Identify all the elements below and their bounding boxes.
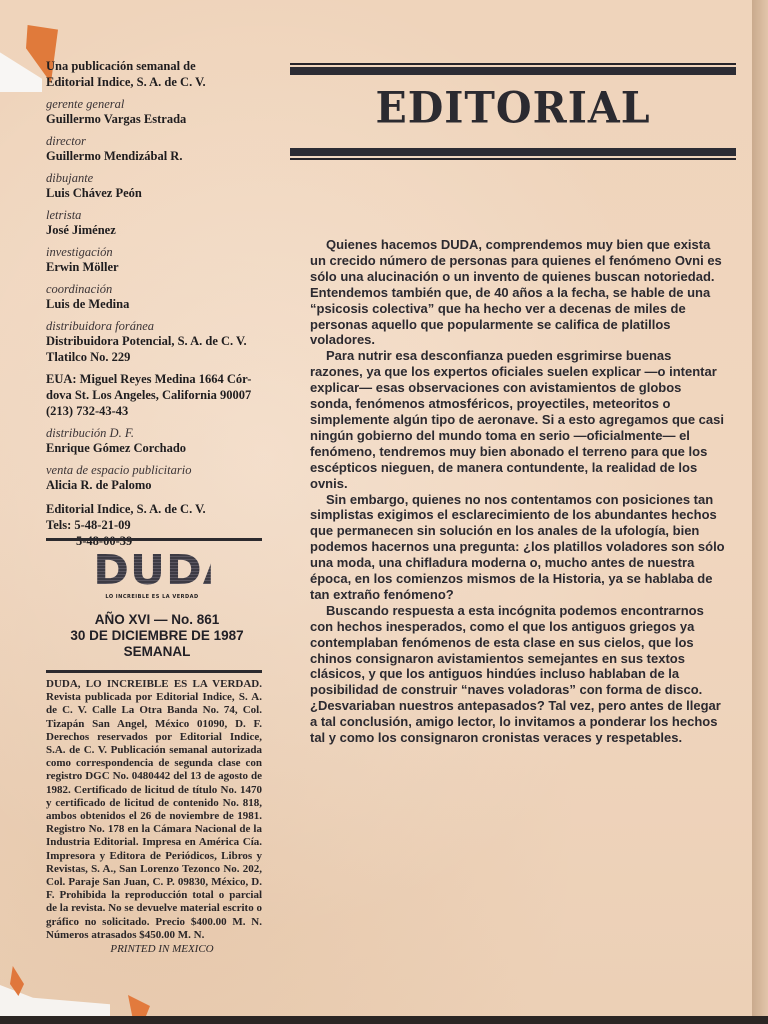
intro-line: Una publicación semanal de — [46, 58, 266, 74]
staff-entry: investigación Erwin Möller — [46, 244, 266, 275]
issue-volume: AÑO XVI — No. 861 — [46, 612, 268, 628]
staff-role: venta de espacio publicitario — [46, 462, 266, 477]
phones-label: Tels: — [46, 518, 71, 532]
page-edge — [752, 0, 768, 1024]
distributor-line: Tlatilco No. 229 — [46, 349, 266, 365]
usa-distributor: EUA: Miguel Reyes Medina 1664 Cór- dova … — [46, 371, 266, 419]
staff-name: Guillermo Mendizábal R. — [46, 148, 266, 164]
logo-tagline: LO INCREIBLE ES LA VERDAD — [80, 594, 224, 600]
foreign-distributor: distribuidora foránea Distribuidora Pote… — [46, 318, 266, 365]
divider-rule — [46, 538, 262, 541]
legal-text: DUDA, LO INCREIBLE ES LA VERDAD. Revista… — [46, 678, 262, 941]
usa-line: EUA: Miguel Reyes Medina 1664 Cór- — [46, 371, 266, 387]
staff-name: Guillermo Vargas Estrada — [46, 111, 266, 127]
staff-role: coordinación — [46, 281, 266, 296]
staff-name: Alicia R. de Palomo — [46, 477, 266, 493]
staff-role: dibujante — [46, 170, 266, 185]
contact-info: Editorial Indice, S. A. de C. V. Tels: 5… — [46, 501, 266, 549]
staff-role: director — [46, 133, 266, 148]
staff-role: letrista — [46, 207, 266, 222]
editorial-body: Quienes hacemos DUDA, comprendemos muy b… — [310, 237, 726, 746]
staff-entry: gerente general Guillermo Vargas Estrada — [46, 96, 266, 127]
paragraph: Sin embargo, quienes no nos contentamos … — [310, 492, 726, 603]
issue-date: 30 DE DICIEMBRE DE 1987 — [46, 628, 268, 644]
staff-entry: letrista José Jiménez — [46, 207, 266, 238]
staff-name: Erwin Möller — [46, 259, 266, 275]
divider-rule — [46, 670, 262, 673]
staff-role: investigación — [46, 244, 266, 259]
intro-line: Editorial Indice, S. A. de C. V. — [46, 74, 266, 90]
issue-frequency: SEMANAL — [46, 644, 268, 660]
staff-entry: dibujante Luis Chávez Peón — [46, 170, 266, 201]
legal-notice: DUDA, LO INCREIBLE ES LA VERDAD. Revista… — [46, 678, 262, 956]
staff-role: gerente general — [46, 96, 266, 111]
staff-entry: director Guillermo Mendizábal R. — [46, 133, 266, 164]
usa-line: (213) 732-43-43 — [46, 403, 266, 419]
df-distribution: distribución D. F. Enrique Gómez Corchad… — [46, 425, 266, 456]
paragraph: Para nutrir esa desconfianza pueden esgr… — [310, 348, 726, 491]
masthead: Una publicación semanal de Editorial Ind… — [46, 58, 266, 555]
staff-name: Luis Chávez Peón — [46, 185, 266, 201]
phone-number: 5-48-21-09 — [74, 518, 130, 532]
advertising-sales: venta de espacio publicitario Alicia R. … — [46, 462, 266, 493]
publisher-intro: Una publicación semanal de Editorial Ind… — [46, 58, 266, 90]
phone-line: Tels: 5-48-21-09 — [46, 517, 266, 533]
printed-in-label: PRINTED IN MEXICO — [46, 943, 262, 956]
header-rule-bottom — [290, 148, 736, 160]
staff-name: Luis de Medina — [46, 296, 266, 312]
page-title: EDITORIAL — [290, 83, 736, 133]
distributor-line: Distribuidora Potencial, S. A. de C. V. — [46, 333, 266, 349]
page-edge — [0, 1016, 768, 1024]
staff-role: distribución D. F. — [46, 425, 266, 440]
magazine-page: Una publicación semanal de Editorial Ind… — [0, 0, 752, 1018]
torn-cover-fragment — [128, 995, 150, 1017]
usa-line: dova St. Los Angeles, California 90007 — [46, 387, 266, 403]
staff-entry: coordinación Luis de Medina — [46, 281, 266, 312]
staff-name: José Jiménez — [46, 222, 266, 238]
header-rule-top — [290, 63, 736, 75]
paragraph: Quienes hacemos DUDA, comprendemos muy b… — [310, 237, 726, 348]
company-name: Editorial Indice, S. A. de C. V. — [46, 501, 266, 517]
staff-role: distribuidora foránea — [46, 318, 266, 333]
paragraph: Buscando respuesta a esta incógnita pode… — [310, 603, 726, 746]
staff-name: Enrique Gómez Corchado — [46, 440, 266, 456]
issue-info: AÑO XVI — No. 861 30 DE DICIEMBRE DE 198… — [46, 612, 268, 660]
duda-logo: DUDA — [93, 548, 211, 594]
